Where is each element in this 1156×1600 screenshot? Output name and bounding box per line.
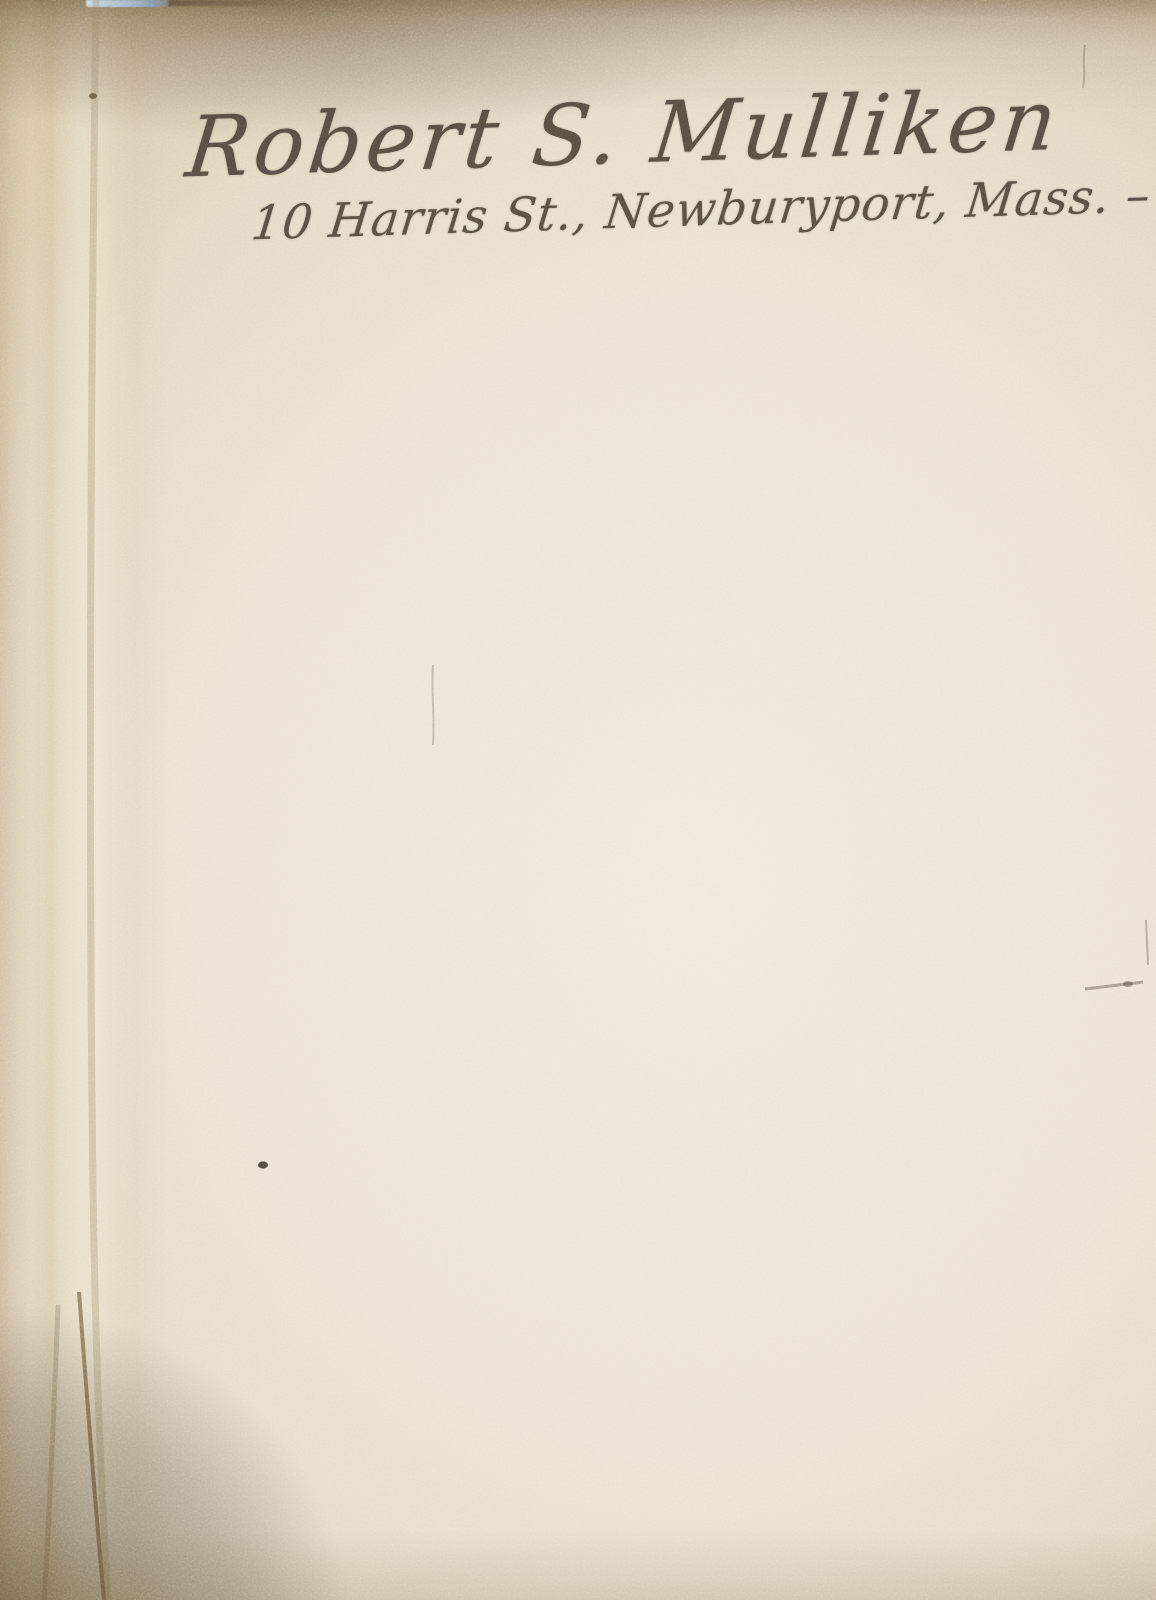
paper-marks	[0, 0, 1156, 1600]
scratch-blob-right	[1123, 981, 1133, 987]
inscription-owner-name: Robert S. Mulliken	[182, 71, 1066, 197]
bottom-crease-line	[79, 1292, 104, 1600]
gutter-crease-line	[90, 0, 108, 1600]
binding-gutter-shading	[0, 0, 1156, 1600]
photo-vignette	[0, 0, 1156, 1600]
background-gap-sliver	[86, 0, 174, 7]
top-edge-smear	[168, 0, 298, 6]
ownership-inscription: Robert S. Mulliken 10 Harris St., Newbur…	[0, 0, 1156, 1600]
top-edge-shadow	[0, 0, 1156, 1600]
edge-scratch-right	[1146, 920, 1148, 965]
faint-scratch-center	[432, 665, 433, 745]
bottom-crease-line-faint	[44, 1305, 58, 1600]
bottom-left-shadow	[0, 0, 1156, 1600]
inscription-address-date: 10 Harris St., Newburyport, Mass. – 1918	[249, 164, 1156, 252]
book-endpaper-photo: Robert S. Mulliken 10 Harris St., Newbur…	[0, 0, 1156, 1600]
grain-rect	[0, 0, 1156, 1600]
film-grain-texture	[0, 0, 1156, 1600]
scratch-mark-right	[1085, 982, 1143, 989]
faint-scratch-top-right	[1083, 45, 1085, 88]
ink-speck-lower-left	[258, 1161, 268, 1168]
ink-speck-top-left	[89, 93, 97, 99]
